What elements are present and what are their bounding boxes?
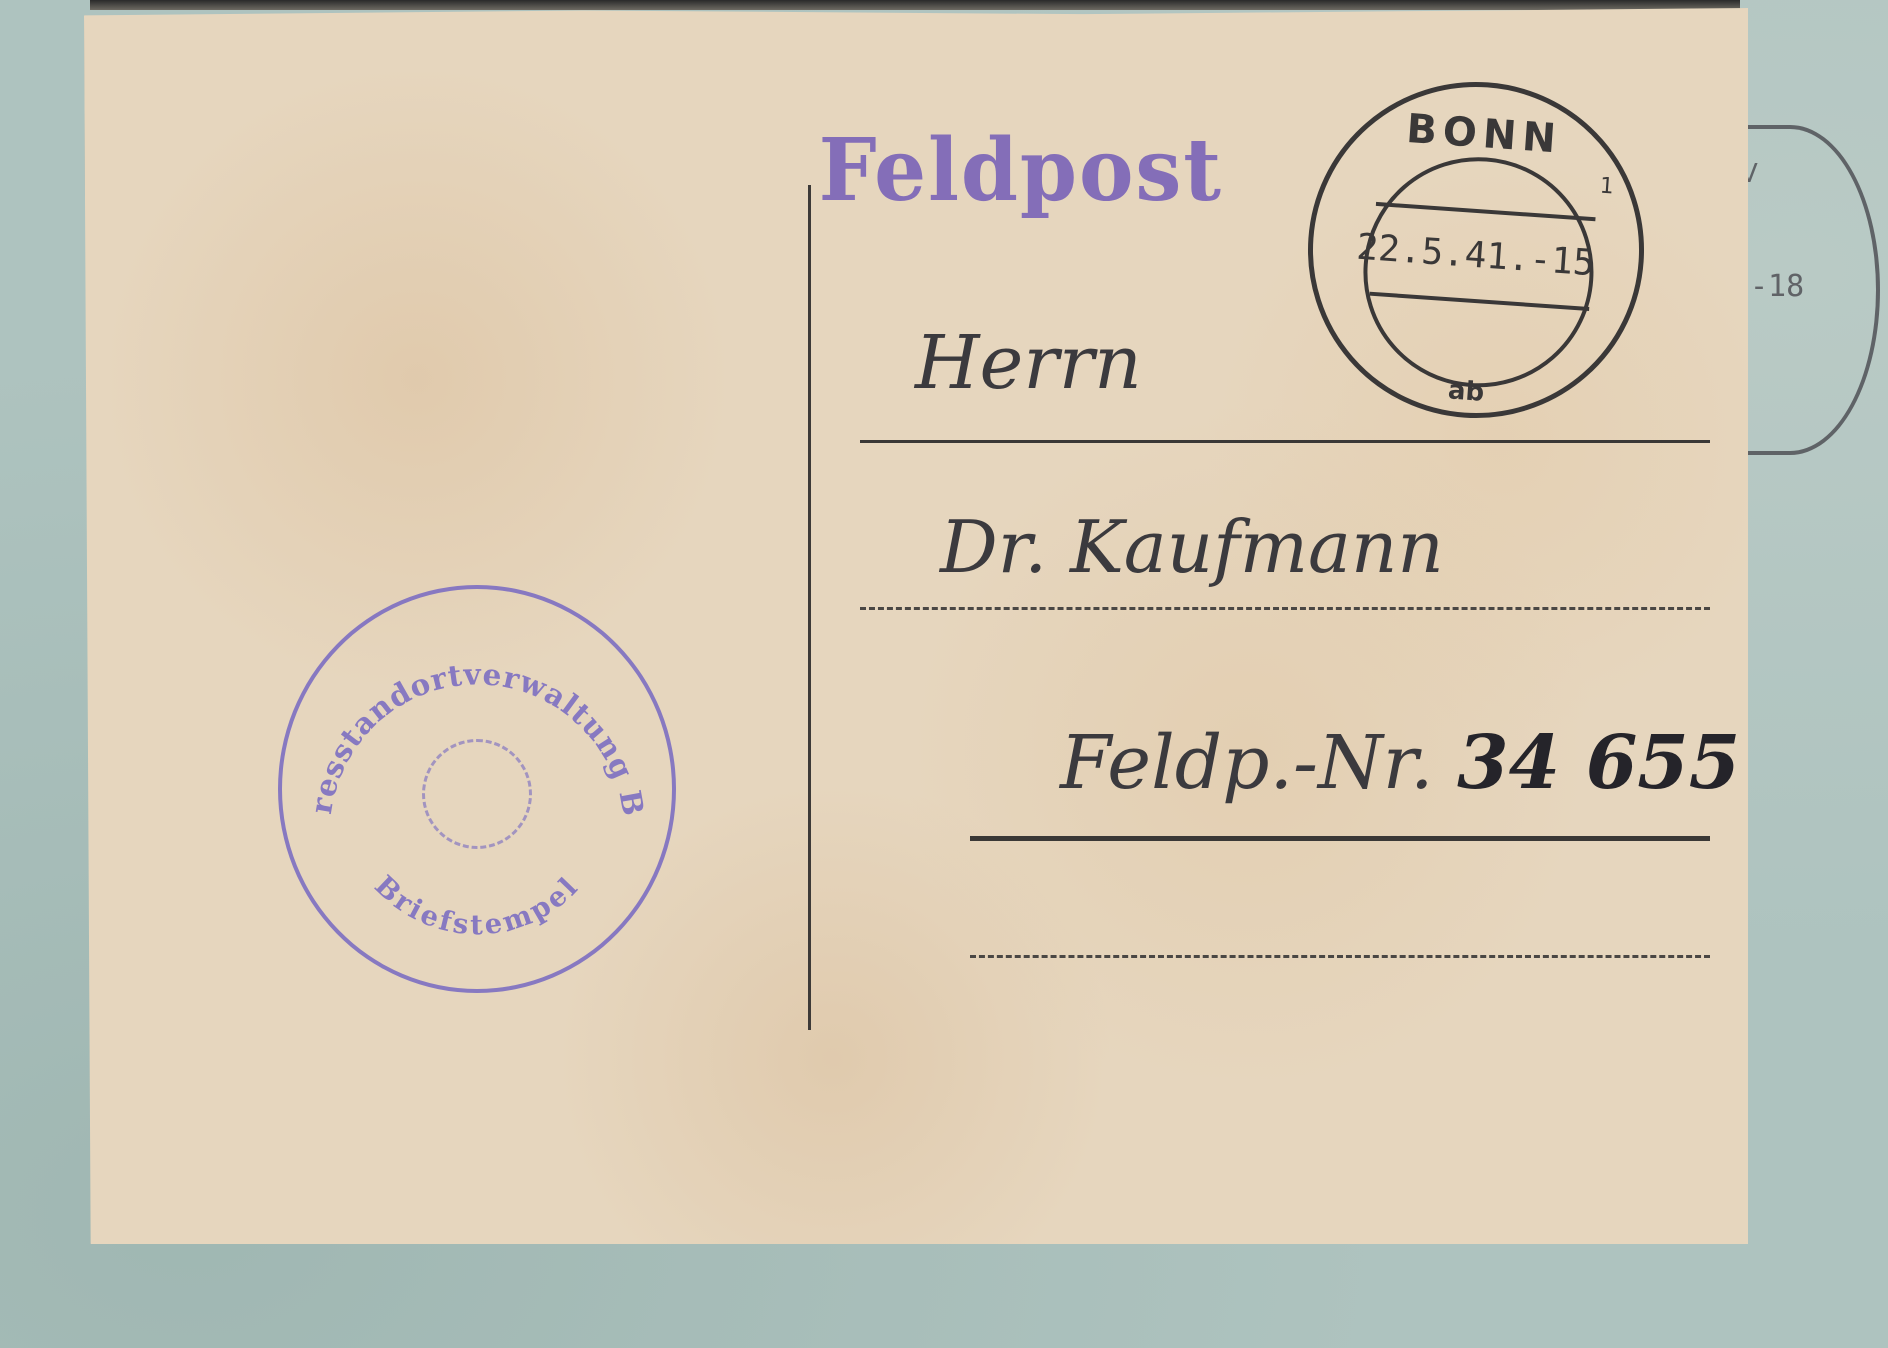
vertical-divider [808,185,811,1030]
recipient-name: Dr. Kaufmann [940,505,1444,589]
recipient-salutation: Herrn [915,320,1142,406]
outer-envelope: V -18 Feldpost Herrn Dr. Kaufmann Feldp.… [0,0,1888,1348]
address-line-4 [970,955,1710,958]
seal-bottom-text: Briefstempel [368,869,585,941]
address-line-2 [860,607,1710,610]
address-line-1 [860,440,1710,443]
seal-emblem-icon [422,739,532,849]
sender-seal: Heeresstandortverwaltung Bonn Briefstemp… [278,585,676,993]
feldpost-number: 34 655 [1457,720,1740,806]
partial-postmark-time: -18 [1750,269,1804,304]
feldpost-number-prefix: Feldp.-Nr. [1060,720,1434,806]
feldpost-header: Feldpost [819,120,1223,221]
postmark-office: 1 [1599,174,1615,200]
address-line-3 [970,836,1710,841]
feldpost-number-line: Feldp.-Nr. 34 655 [1060,720,1740,806]
envelope-top-edge [90,0,1740,10]
svg-text:Briefstempel: Briefstempel [368,869,585,941]
